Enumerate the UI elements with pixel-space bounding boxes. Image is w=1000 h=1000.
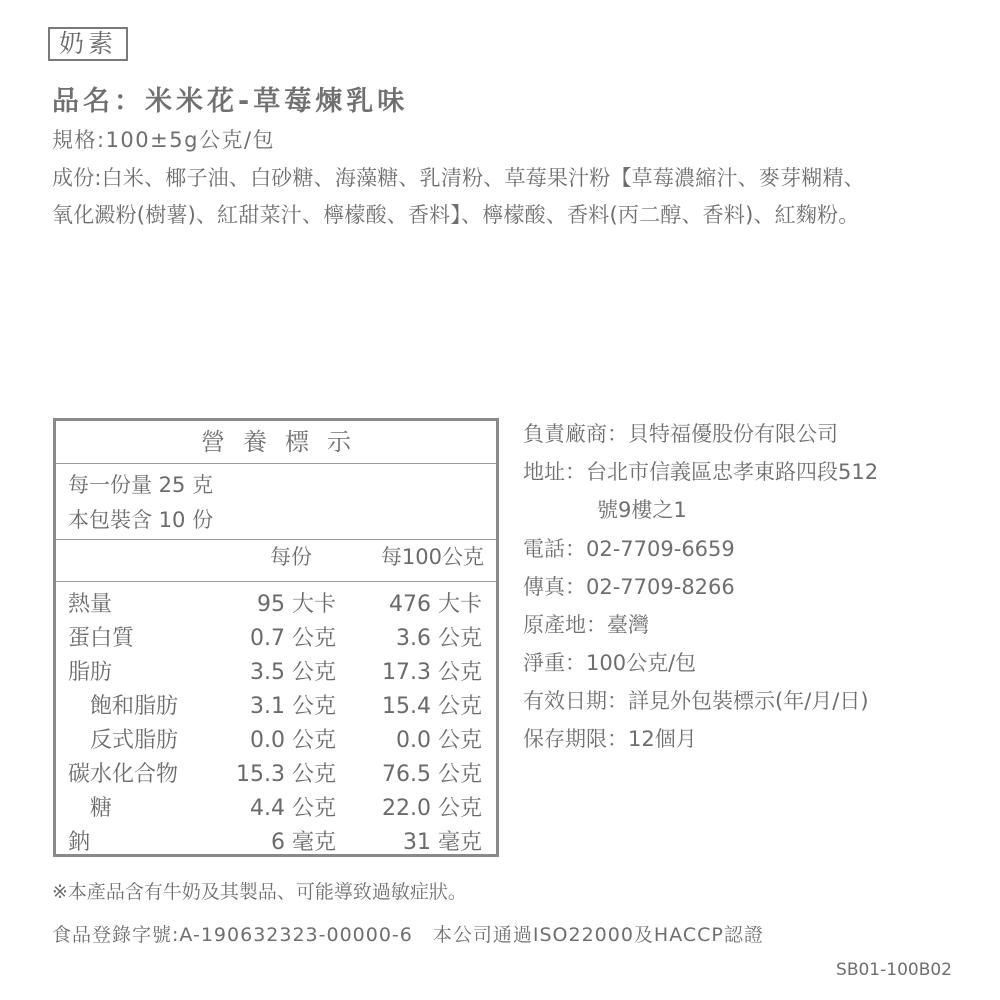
- nutrition-row: 飽和脂肪 3.1 公克 15.4 公克: [56, 689, 496, 723]
- column-header-per-100g: 每100公克: [381, 541, 484, 571]
- per-serving-value: 0.7 公克: [250, 621, 336, 652]
- per-100g-value: 17.3 公克: [382, 655, 482, 686]
- per-serving-value: 6 毫克: [271, 825, 336, 856]
- divider: [56, 539, 496, 540]
- nutrient-label: 鈉: [68, 825, 90, 856]
- per-serving-value: 15.3 公克: [236, 757, 336, 788]
- nutrition-title: 營養標示: [56, 421, 496, 464]
- nutrient-label: 脂肪: [68, 655, 112, 686]
- per-100g-value: 31 毫克: [403, 825, 482, 856]
- per-100g-value: 0.0 公克: [396, 723, 482, 754]
- origin: 原產地：臺灣: [523, 609, 649, 639]
- expiry-date: 有效日期：詳見外包裝標示(年/月/日): [523, 685, 869, 715]
- vegetarian-badge: 奶素: [48, 27, 128, 61]
- column-header-per-serving: 每份: [270, 541, 312, 571]
- address-line-1: 地址：台北市信義區忠孝東路四段512: [523, 456, 878, 486]
- product-name: 品名：米米花-草莓煉乳味: [52, 79, 408, 118]
- nutrient-label: 反式脂肪: [90, 723, 178, 754]
- net-weight: 淨重：100公克/包: [523, 647, 696, 677]
- per-100g-value: 3.6 公克: [396, 621, 482, 652]
- nutrient-label: 蛋白質: [68, 621, 134, 652]
- nutrition-row: 鈉 6 毫克 31 毫克: [56, 825, 496, 859]
- serving-size: 每一份量 25 克: [68, 469, 213, 499]
- nutrient-label: 飽和脂肪: [90, 689, 178, 720]
- per-serving-value: 3.1 公克: [250, 689, 336, 720]
- servings-per-pack: 本包裝含 10 份: [68, 504, 213, 534]
- nutrition-row: 熱量 95 大卡 476 大卡: [56, 587, 496, 621]
- nutrition-row: 反式脂肪 0.0 公克 0.0 公克: [56, 723, 496, 757]
- product-code: SB01-100B02: [836, 960, 952, 980]
- per-serving-value: 3.5 公克: [250, 655, 336, 686]
- nutrition-row: 蛋白質 0.7 公克 3.6 公克: [56, 621, 496, 655]
- ingredients-line-1: 成份:白米、椰子油、白砂糖、海藻糖、乳清粉、草莓果汁粉【草莓濃縮汁、麥芽糊精、: [52, 162, 865, 192]
- nutrient-label: 糖: [90, 791, 112, 822]
- per-serving-value: 0.0 公克: [250, 723, 336, 754]
- phone: 電話：02-7709-6659: [523, 533, 735, 563]
- allergy-note: ※本產品含有牛奶及其製品、可能導致過敏症狀。: [52, 877, 467, 904]
- per-serving-value: 95 大卡: [257, 587, 336, 618]
- registration-number: 食品登錄字號:A-190632323-00000-6 本公司通過ISO22000…: [52, 920, 764, 947]
- divider: [56, 581, 496, 582]
- nutrition-row: 脂肪 3.5 公克 17.3 公克: [56, 655, 496, 689]
- per-100g-value: 15.4 公克: [382, 689, 482, 720]
- product-spec: 規格:100±5g公克/包: [52, 124, 275, 154]
- shelf-life: 保存期限：12個月: [523, 723, 697, 753]
- nutrition-row: 糖 4.4 公克 22.0 公克: [56, 791, 496, 825]
- per-100g-value: 76.5 公克: [382, 757, 482, 788]
- ingredients-line-2: 氧化澱粉(樹薯)、紅甜菜汁、檸檬酸、香料】、檸檬酸、香料(丙二醇、香料)、紅麴粉…: [52, 199, 859, 229]
- manufacturer: 負責廠商：貝特福優股份有限公司: [523, 418, 838, 448]
- per-100g-value: 22.0 公克: [382, 791, 482, 822]
- per-serving-value: 4.4 公克: [250, 791, 336, 822]
- nutrition-row: 碳水化合物 15.3 公克 76.5 公克: [56, 757, 496, 791]
- per-100g-value: 476 大卡: [389, 587, 482, 618]
- address-line-2: 號9樓之1: [597, 494, 687, 524]
- nutrient-label: 碳水化合物: [68, 757, 178, 788]
- fax: 傳真：02-7709-8266: [523, 571, 735, 601]
- nutrition-table: 營養標示 每一份量 25 克 本包裝含 10 份 每份 每100公克 熱量 95…: [53, 418, 499, 857]
- nutrient-label: 熱量: [68, 587, 112, 618]
